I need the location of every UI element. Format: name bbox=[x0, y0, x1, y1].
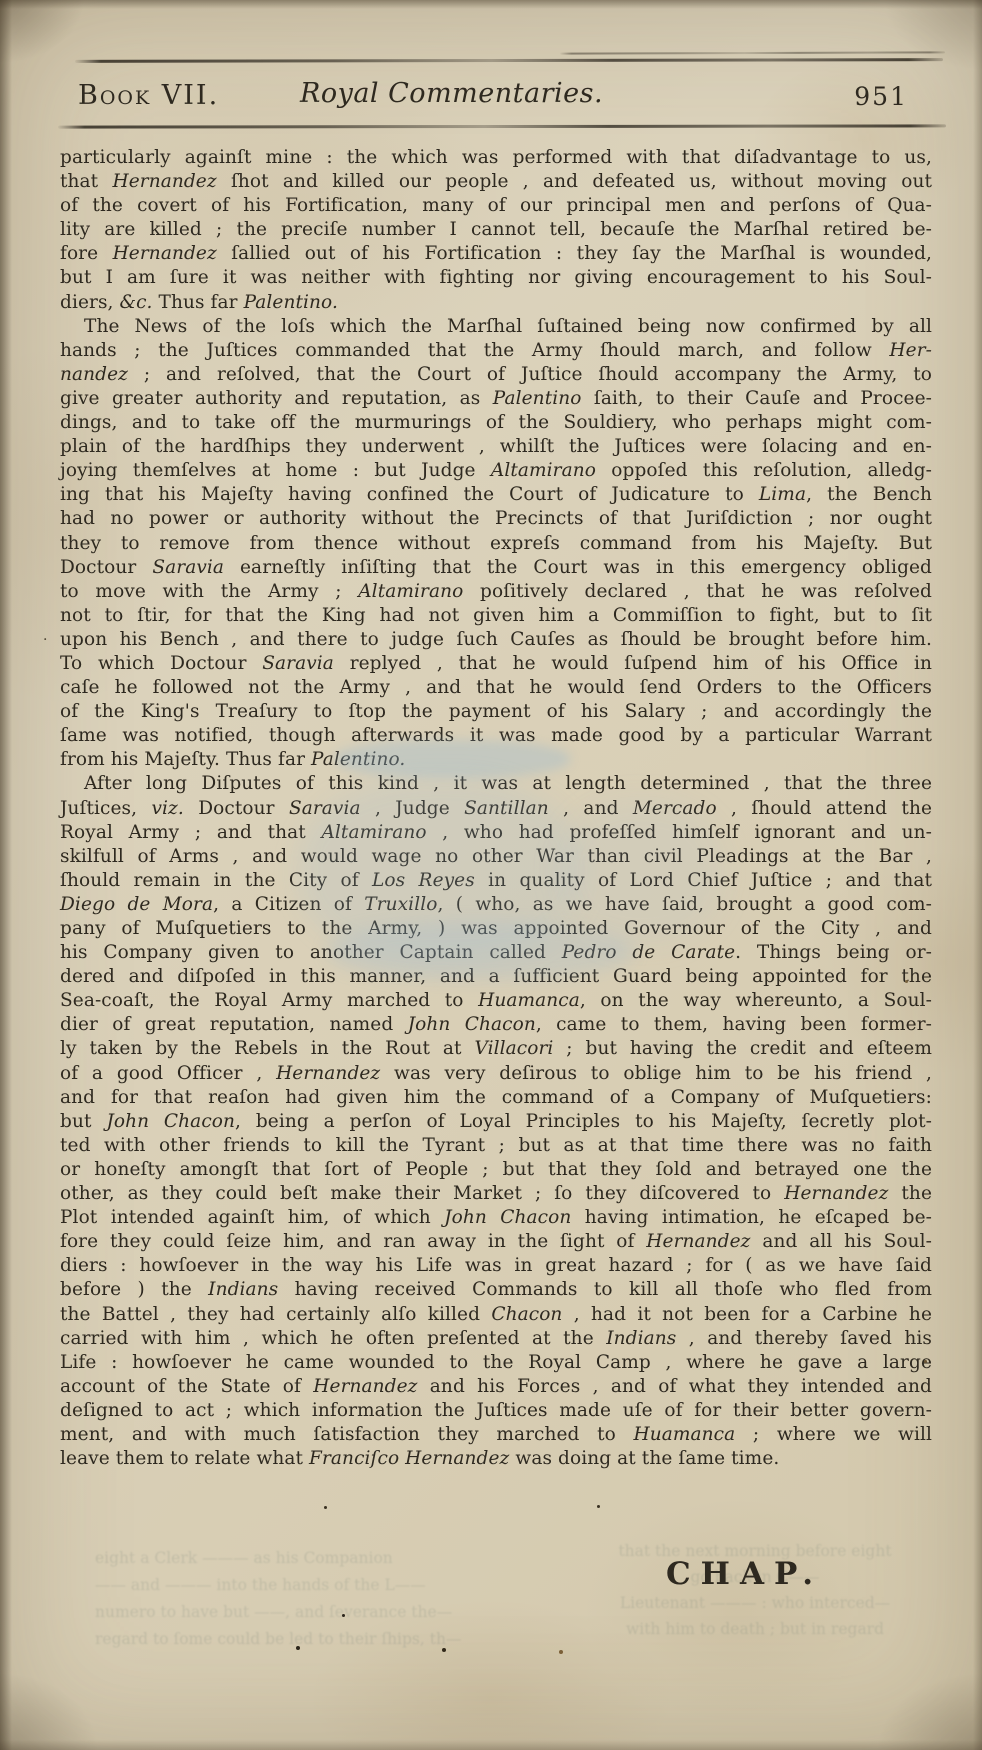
roman-text: , and bbox=[549, 798, 633, 819]
text-line: leave them to relate what Franciſco Hern… bbox=[60, 1447, 932, 1471]
header-rule-top bbox=[75, 58, 943, 62]
text-line: Juſtices, viz. Doctour Saravia , Judge S… bbox=[60, 797, 932, 821]
italic-text: Hernandez bbox=[313, 1376, 417, 1397]
text-line: account of the State of Hernandez and hi… bbox=[60, 1375, 932, 1399]
text-line: deſigned to act ; which information the … bbox=[60, 1399, 932, 1423]
text-line: After long Diſputes of this kind , it wa… bbox=[60, 772, 932, 796]
italic-text: Palentino. bbox=[244, 292, 338, 313]
roman-text: Doctour bbox=[184, 798, 289, 819]
italic-text: Hernandez bbox=[276, 1063, 380, 1084]
roman-text: lity are killed ; the preciſe number I c… bbox=[60, 219, 932, 240]
roman-text: ; where we will bbox=[735, 1424, 932, 1445]
roman-text: ly taken by the Rebels in the Rout at bbox=[60, 1038, 474, 1059]
text-line: ſhould remain in the City of Los Reyes i… bbox=[60, 869, 932, 893]
italic-text: John Chacon bbox=[444, 1207, 571, 1228]
roman-text: , came to them, having been former- bbox=[536, 1014, 932, 1035]
italic-text: Huamanca bbox=[478, 990, 580, 1011]
text-line: ing that his Majeſty having confined the… bbox=[60, 483, 932, 507]
text-line: dered and diſpoſed in this manner, and a… bbox=[60, 965, 932, 989]
text-line: diers, &c. Thus far Palentino. bbox=[60, 291, 932, 315]
roman-text: Juſtices, bbox=[60, 798, 151, 819]
roman-text: , the Bench bbox=[806, 484, 932, 505]
roman-text: leave them to relate what bbox=[60, 1448, 309, 1469]
text-line: skilfull of Arms , and would wage no oth… bbox=[60, 845, 932, 869]
text-line: fore Hernandez ſallied out of his Fortif… bbox=[60, 242, 932, 266]
roman-text: hands ; the Juſtices commanded that the … bbox=[60, 340, 889, 361]
italic-text: Villacori bbox=[474, 1038, 553, 1059]
roman-text: and all his Soul- bbox=[751, 1231, 932, 1252]
roman-text: ; and reſolved, that the Court of Juſtic… bbox=[128, 364, 932, 385]
text-line: Life : howſoever he came wounded to the … bbox=[60, 1351, 932, 1375]
roman-text: , on the way whereunto, a Soul- bbox=[580, 990, 932, 1011]
italic-text: nandez bbox=[60, 364, 128, 385]
italic-text: Hernandez bbox=[784, 1183, 888, 1204]
roman-text: to move with the Army ; bbox=[60, 581, 358, 602]
roman-text: before ) the bbox=[60, 1279, 208, 1300]
italic-text: Los Reyes bbox=[372, 870, 475, 891]
roman-text: diers : howſoever in the way his Life wa… bbox=[60, 1255, 932, 1276]
italic-text: Franciſco Hernandez bbox=[309, 1448, 509, 1469]
italic-text: Diego de Mora bbox=[60, 894, 213, 915]
roman-text: of the King's Treaſury to ſtop the payme… bbox=[60, 701, 932, 722]
roman-text: they to remove from thence without expre… bbox=[60, 533, 932, 554]
italic-text: Hernandez bbox=[112, 171, 216, 192]
italic-text: Her- bbox=[889, 340, 932, 361]
text-line: to move with the Army ; Altamirano poſit… bbox=[60, 580, 932, 604]
text-line: give greater authority and reputation, a… bbox=[60, 387, 932, 411]
roman-text: , had it not been for a Carbine he bbox=[562, 1304, 932, 1325]
roman-text: was doing at the ſame time. bbox=[509, 1448, 779, 1469]
page-number: 951 bbox=[854, 82, 908, 111]
roman-text: earneſtly inſiſting that the Court was i… bbox=[224, 557, 932, 578]
text-line: plain of the hardſhips they underwent , … bbox=[60, 435, 932, 459]
roman-text: pany of Muſquetiers to the Army, ) was a… bbox=[60, 918, 932, 939]
body-text: particularly againſt mine : the which wa… bbox=[60, 146, 932, 1471]
margin-mark: · bbox=[43, 632, 47, 648]
text-line: pany of Muſquetiers to the Army, ) was a… bbox=[60, 917, 932, 941]
italic-text: Huamanca bbox=[634, 1424, 736, 1445]
roman-text: ſhould remain in the City of bbox=[60, 870, 372, 891]
italic-text: Mercado bbox=[633, 798, 717, 819]
italic-text: &c. bbox=[120, 292, 153, 313]
text-line: that Hernandez ſhot and killed our peopl… bbox=[60, 170, 932, 194]
italic-text: Chacon bbox=[491, 1304, 562, 1325]
text-line: lity are killed ; the preciſe number I c… bbox=[60, 218, 932, 242]
roman-text: , being a perſon of Loyal Principles to … bbox=[235, 1111, 932, 1132]
bleedthrough-line: numero to have but ——, and ſeverance the… bbox=[95, 1599, 575, 1626]
roman-text: ſaith, to their Cauſe and Procee- bbox=[582, 388, 933, 409]
text-line: other, as they could beſt make their Mar… bbox=[60, 1182, 932, 1206]
text-line: carried with him , which he often preſen… bbox=[60, 1327, 932, 1351]
book-label: Book VII. bbox=[78, 80, 219, 111]
text-line: not to ſtir, for that the King had not g… bbox=[60, 604, 932, 628]
italic-text: viz. bbox=[151, 798, 183, 819]
roman-text: , ſhould attend the bbox=[717, 798, 932, 819]
roman-text: having intimation, he eſcaped be- bbox=[571, 1207, 932, 1228]
roman-text: particularly againſt mine : the which wa… bbox=[60, 147, 932, 168]
text-line: upon his Bench , and there to judge ſuch… bbox=[60, 628, 932, 652]
text-line: diers : howſoever in the way his Life wa… bbox=[60, 1254, 932, 1278]
roman-text: plain of the hardſhips they underwent , … bbox=[60, 436, 932, 457]
italic-text: Indians bbox=[208, 1279, 278, 1300]
roman-text: had no power or authority without the Pr… bbox=[60, 508, 932, 529]
running-header: Book VII. Royal Commentaries. 951 bbox=[0, 78, 982, 118]
text-line: but John Chacon, being a perſon of Loyal… bbox=[60, 1110, 932, 1134]
italic-text: Palentino. bbox=[311, 749, 405, 770]
roman-text: Thus far bbox=[153, 292, 244, 313]
bleedthrough-line: —— and ——— into the hands of the L—— bbox=[95, 1572, 575, 1599]
roman-text: or honeſty amongſt that ſort of People ;… bbox=[60, 1159, 932, 1180]
roman-text: Plot intended againſt him, of which bbox=[60, 1207, 444, 1228]
roman-text: other, as they could beſt make their Mar… bbox=[60, 1183, 784, 1204]
text-line: ment, and with much ſatisfaction they ma… bbox=[60, 1423, 932, 1447]
roman-text: To which Doctour bbox=[60, 653, 262, 674]
roman-text: , who had profeſſed himſelf ignorant and… bbox=[427, 822, 932, 843]
text-line: of the covert of his Fortification, many… bbox=[60, 194, 932, 218]
bleedthrough-line: eight a Clerk ——— as his Companion bbox=[95, 1545, 575, 1572]
roman-text: of the covert of his Fortification, many… bbox=[60, 195, 932, 216]
roman-text: ſhot and killed our people , and defeate… bbox=[217, 171, 932, 192]
roman-text: replyed , that he would ſuſpend him of h… bbox=[334, 653, 932, 674]
text-line: caſe he followed not the Army , and that… bbox=[60, 676, 932, 700]
text-line: dier of great reputation, named John Cha… bbox=[60, 1013, 932, 1037]
roman-text: his Company given to another Captain cal… bbox=[60, 942, 562, 963]
italic-text: Altamirano bbox=[491, 460, 596, 481]
text-line: nandez ; and reſolved, that the Court of… bbox=[60, 363, 932, 387]
text-line: The News of the loſs which the Marſhal ſ… bbox=[60, 315, 932, 339]
roman-text: the Battel , they had certainly alſo kil… bbox=[60, 1304, 491, 1325]
paper-speck bbox=[324, 1506, 327, 1509]
text-line: particularly againſt mine : the which wa… bbox=[60, 146, 932, 170]
header-rule-bottom bbox=[58, 124, 946, 128]
roman-text: After long Diſputes of this kind , it wa… bbox=[84, 773, 932, 794]
text-line: ſame was notified, though afterwards it … bbox=[60, 724, 932, 748]
book-page: Book VII. Royal Commentaries. 951 · part… bbox=[0, 0, 982, 1750]
italic-text: Saravia bbox=[262, 653, 334, 674]
italic-text: Hernandez bbox=[113, 243, 217, 264]
roman-text: diers, bbox=[60, 292, 120, 313]
italic-text: Indians bbox=[606, 1328, 676, 1349]
roman-text: dings, and to take off the murmurings of… bbox=[60, 412, 932, 433]
roman-text: and his Forces , and of what they intend… bbox=[418, 1376, 932, 1397]
roman-text: in quality of Lord Chief Juſtice ; and t… bbox=[475, 870, 932, 891]
bleedthrough-text: eight a Clerk ——— as his Companion—— and… bbox=[95, 1545, 575, 1653]
text-line: had no power or authority without the Pr… bbox=[60, 507, 932, 531]
bleedthrough-line: with him to death ; but in regard bbox=[545, 1616, 965, 1642]
roman-text: poſitively declared , that he was reſolv… bbox=[463, 581, 932, 602]
roman-text: carried with him , which he often preſen… bbox=[60, 1328, 606, 1349]
italic-text: Santillan bbox=[464, 798, 549, 819]
italic-text: Lima bbox=[759, 484, 806, 505]
roman-text: skilfull of Arms , and would wage no oth… bbox=[60, 846, 932, 867]
text-line: the Battel , they had certainly alſo kil… bbox=[60, 1303, 932, 1327]
text-line: Royal Army ; and that Altamirano , who h… bbox=[60, 821, 932, 845]
roman-text: ſame was notified, though afterwards it … bbox=[60, 725, 932, 746]
roman-text: Royal Army ; and that bbox=[60, 822, 321, 843]
paper-speck bbox=[559, 1650, 563, 1654]
roman-text: ing that his Majeſty having confined the… bbox=[60, 484, 759, 505]
italic-text: Altamirano bbox=[321, 822, 426, 843]
roman-text: , a Citizen of bbox=[213, 894, 364, 915]
roman-text: dier of great reputation, named bbox=[60, 1014, 408, 1035]
text-line: joying themſelves at home : but Judge Al… bbox=[60, 459, 932, 483]
text-line: ly taken by the Rebels in the Rout at Vi… bbox=[60, 1037, 932, 1061]
roman-text: Life : howſoever he came wounded to the … bbox=[60, 1352, 932, 1373]
text-line: from his Majeſty. Thus far Palentino. bbox=[60, 748, 932, 772]
text-line: Diego de Mora, a Citizen of Truxillo, ( … bbox=[60, 893, 932, 917]
italic-text: Saravia bbox=[152, 557, 224, 578]
roman-text: , Judge bbox=[361, 798, 464, 819]
italic-text: John Chacon bbox=[408, 1014, 536, 1035]
roman-text: was very deſirous to oblige him to be hi… bbox=[380, 1063, 932, 1084]
roman-text: Sea-coaſt, the Royal Army marched to bbox=[60, 990, 478, 1011]
page-title: Royal Commentaries. bbox=[300, 78, 603, 109]
text-line: Doctour Saravia earneſtly inſiſting that… bbox=[60, 556, 932, 580]
roman-text: fore they could ſeize him, and ran away … bbox=[60, 1231, 646, 1252]
italic-text: Altamirano bbox=[358, 581, 463, 602]
roman-text: of a good Officer , bbox=[60, 1063, 276, 1084]
text-line: but I am ſure it was neither with fighti… bbox=[60, 266, 932, 290]
text-line: of the King's Treaſury to ſtop the payme… bbox=[60, 700, 932, 724]
roman-text: from his Majeſty. Thus far bbox=[60, 749, 311, 770]
paper-speck bbox=[442, 1648, 446, 1652]
roman-text: Doctour bbox=[60, 557, 152, 578]
roman-text: ment, and with much ſatisfaction they ma… bbox=[60, 1424, 634, 1445]
paper-speck bbox=[296, 1646, 300, 1650]
text-line: Plot intended againſt him, of which John… bbox=[60, 1206, 932, 1230]
header-rule-top-double bbox=[560, 51, 945, 54]
italic-text: Saravia bbox=[289, 798, 361, 819]
roman-text: , and thereby ſaved his bbox=[676, 1328, 932, 1349]
roman-text: having received Commands to kill all tho… bbox=[278, 1279, 932, 1300]
text-line: or honeſty amongſt that ſort of People ;… bbox=[60, 1158, 932, 1182]
text-line: before ) the Indians having received Com… bbox=[60, 1278, 932, 1302]
text-line: fore they could ſeize him, and ran away … bbox=[60, 1230, 932, 1254]
roman-text: but bbox=[60, 1111, 106, 1132]
text-line: of a good Officer , Hernandez was very d… bbox=[60, 1062, 932, 1086]
roman-text: account of the State of bbox=[60, 1376, 313, 1397]
italic-text: Palentino bbox=[493, 388, 582, 409]
roman-text: not to ſtir, for that the King had not g… bbox=[60, 605, 932, 626]
roman-text: the bbox=[888, 1183, 932, 1204]
italic-text: Truxillo bbox=[364, 894, 437, 915]
roman-text: deſigned to act ; which information the … bbox=[60, 1400, 932, 1421]
text-line: To which Doctour Saravia replyed , that … bbox=[60, 652, 932, 676]
text-line: they to remove from thence without expre… bbox=[60, 532, 932, 556]
roman-text: oppoſed this reſolution, alledg- bbox=[596, 460, 932, 481]
roman-text: fore bbox=[60, 243, 113, 264]
text-line: ted with other friends to kill the Tyran… bbox=[60, 1134, 932, 1158]
text-line: Sea-coaſt, the Royal Army marched to Hua… bbox=[60, 989, 932, 1013]
roman-text: give greater authority and reputation, a… bbox=[60, 388, 493, 409]
text-line: hands ; the Juſtices commanded that the … bbox=[60, 339, 932, 363]
roman-text: The News of the loſs which the Marſhal ſ… bbox=[84, 316, 932, 337]
bleedthrough-line: Lieutenant ——— : who interced— bbox=[545, 1590, 965, 1616]
text-line: his Company given to another Captain cal… bbox=[60, 941, 932, 965]
paper-speck bbox=[342, 1614, 345, 1617]
roman-text: that bbox=[60, 171, 112, 192]
italic-text: Pedro de Carate bbox=[562, 942, 735, 963]
roman-text: . Things being or- bbox=[735, 942, 932, 963]
bleedthrough-line: regard to ſome could be led to their ſhi… bbox=[95, 1626, 575, 1653]
catchword: CHAP. bbox=[666, 1556, 823, 1592]
paper-speck bbox=[597, 1505, 600, 1508]
roman-text: ; but having the credit and eſteem bbox=[553, 1038, 932, 1059]
roman-text: and for that reaſon had given him the co… bbox=[60, 1087, 932, 1108]
text-line: and for that reaſon had given him the co… bbox=[60, 1086, 932, 1110]
roman-text: joying themſelves at home : but Judge bbox=[60, 460, 491, 481]
roman-text: but I am ſure it was neither with fighti… bbox=[60, 267, 932, 288]
roman-text: dered and diſpoſed in this manner, and a… bbox=[60, 966, 932, 987]
roman-text: ted with other friends to kill the Tyran… bbox=[60, 1135, 932, 1156]
italic-text: Hernandez bbox=[646, 1231, 750, 1252]
roman-text: caſe he followed not the Army , and that… bbox=[60, 677, 932, 698]
roman-text: upon his Bench , and there to judge ſuch… bbox=[60, 629, 932, 650]
text-line: dings, and to take off the murmurings of… bbox=[60, 411, 932, 435]
italic-text: John Chacon bbox=[106, 1111, 235, 1132]
roman-text: ſallied out of his Fortification : they … bbox=[217, 243, 932, 264]
roman-text: , ( who, as we have ſaid, brought a good… bbox=[437, 894, 932, 915]
